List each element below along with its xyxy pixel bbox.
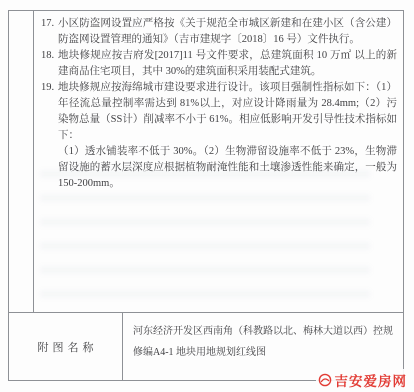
- item-number: 18.: [41, 48, 58, 80]
- attachment-label-cell: 附图名称: [9, 313, 123, 380]
- document-page: 17. 小区防盗网设置应严格按《关于规范全市城区新建和在建小区（含公建）防盗网设…: [0, 0, 414, 392]
- item-number: 17.: [41, 16, 58, 48]
- table-left-gutter-cell: [9, 11, 34, 312]
- circle-logo-icon: [318, 373, 332, 387]
- list-item: 19. 地块修规应按海绵城市建设要求进行设计。该项目强制性指标如下：（1）年径流…: [41, 80, 397, 192]
- regulation-notes-row: 17. 小区防盗网设置应严格按《关于规范全市城区新建和在建小区（含公建）防盗网设…: [9, 11, 403, 313]
- item-number: 19.: [41, 80, 58, 192]
- regulation-table: 17. 小区防盗网设置应严格按《关于规范全市城区新建和在建小区（含公建）防盗网设…: [8, 10, 404, 381]
- regulation-notes-cell: 17. 小区防盗网设置应严格按《关于规范全市城区新建和在建小区（含公建）防盗网设…: [34, 11, 403, 312]
- item-text-continued: （1）透水铺装率不低于 30%。（2）生物滞留设施率不低于 23%，生物滞留设施…: [58, 144, 397, 192]
- item-text-paragraph: 地块修规应按海绵城市建设要求进行设计。该项目强制性指标如下：（1）年径流总量控制…: [58, 80, 397, 144]
- watermark-text: 吉安爱房网: [335, 370, 408, 390]
- watermark: 吉安爱房网: [316, 369, 410, 391]
- list-item: 18. 地块修规应按吉府发[2017]11 号文件要求，总建筑面积 10 万㎡ …: [41, 48, 397, 80]
- item-text: 地块修规应按吉府发[2017]11 号文件要求，总建筑面积 10 万㎡ 以上的新…: [58, 48, 397, 80]
- item-text: 小区防盗网设置应严格按《关于规范全市城区新建和在建小区（含公建）防盗网设置管理的…: [58, 16, 397, 48]
- list-item: 17. 小区防盗网设置应严格按《关于规范全市城区新建和在建小区（含公建）防盗网设…: [41, 16, 397, 48]
- attachment-label: 附图名称: [34, 339, 98, 355]
- item-text: 地块修规应按海绵城市建设要求进行设计。该项目强制性指标如下：（1）年径流总量控制…: [58, 80, 397, 192]
- attachment-name: 河东经济开发区西南角（科教路以北、梅林大道以西）控规修编A4-1 地块用地规划红…: [133, 321, 393, 363]
